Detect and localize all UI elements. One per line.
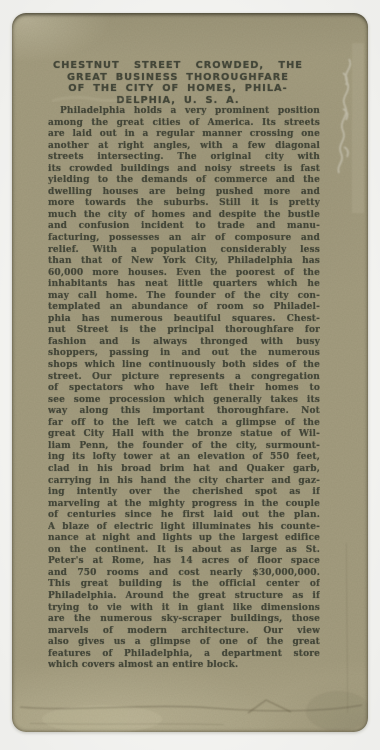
body-text-line: nut Street is the principal thoroughfare… <box>48 325 320 337</box>
body-text-line: of spectators who have left their homes … <box>48 383 320 395</box>
body-text-line: which covers almost an entire block. <box>48 660 320 672</box>
body-text-line: much the city of homes and despite the b… <box>48 210 320 222</box>
body-text-line: Peter's at Rome, has 14 acres of floor s… <box>48 556 320 568</box>
body-text-line: shops which line continuously both sides… <box>48 360 320 372</box>
body-text-line: are the numerous sky-scraper buildings, … <box>48 614 320 626</box>
body-text-line: fashion and is always thronged with busy <box>48 337 320 349</box>
scan-background: CHESTNUT STREET CROWDED, THEGREAT BUSINE… <box>0 0 380 750</box>
body-text-line: facturing, possesses an air of composure… <box>48 233 320 245</box>
body-text-line: ing intently over the cherished spot as … <box>48 487 320 499</box>
body-text-line: way along this important thoroughfare. N… <box>48 406 320 418</box>
body-text-line: marvels of modern architecture. Our view <box>48 626 320 638</box>
body-text-line: another at right angles, with a few diag… <box>48 141 320 153</box>
body-text-line: on the continent. It is about as large a… <box>48 545 320 557</box>
body-text-line: Philadelphia holds a very prominent posi… <box>48 106 320 118</box>
body-text-line: than that of New York City, Philadelphia… <box>48 256 320 268</box>
title-line: OF THE CITY OF HOMES, PHILA- <box>53 83 303 95</box>
body-text-line: carrying in his hand the city charter an… <box>48 476 320 488</box>
body-text-line: of centuries since he first laid out the… <box>48 510 320 522</box>
card-title: CHESTNUT STREET CROWDED, THEGREAT BUSINE… <box>53 60 303 106</box>
handwritten-annotation <box>338 59 350 173</box>
body-text-line: and confusion incident to trade and manu… <box>48 221 320 233</box>
body-text-line: ing its lofty tower at an elevation of 5… <box>48 452 320 464</box>
body-text-line: A blaze of electric light illuminates hi… <box>48 522 320 534</box>
crease-line <box>20 705 362 711</box>
body-text-line: and 750 rooms and cost nearly $30,000,00… <box>48 568 320 580</box>
body-text-line: nance at night and lights up the largest… <box>48 533 320 545</box>
body-text-line: trying to vie with it in giant like dime… <box>48 603 320 615</box>
body-text-line: among the great cities of America. Its s… <box>48 118 320 130</box>
body-text-line: also gives us a glimpse of one of the gr… <box>48 637 320 649</box>
body-text-line: shoppers, passing in and out the numerou… <box>48 348 320 360</box>
edge-wear-strip <box>352 43 364 213</box>
crease-line-faint <box>30 723 224 725</box>
body-text-line: phia has numerous beautiful squares. Che… <box>48 314 320 326</box>
edge-crease-vertical <box>346 543 348 713</box>
body-text-line: marveling at the mighty progress in the … <box>48 499 320 511</box>
body-text-line: clad in his broad brim hat and Quaker ga… <box>48 464 320 476</box>
body-text-line: yielding to the demands of commerce and … <box>48 175 320 187</box>
card-body-text: Philadelphia holds a very prominent posi… <box>48 106 320 672</box>
body-text-line: Philadelphia. Around the great structure… <box>48 591 320 603</box>
body-text-line: see some procession which generally take… <box>48 395 320 407</box>
wear-blotch-light <box>42 705 162 732</box>
title-line: CHESTNUT STREET CROWDED, THE <box>53 60 303 72</box>
body-text-line: features of Philadelphia, a department s… <box>48 649 320 661</box>
body-text-line: far off to the left we catch a glimpse o… <box>48 418 320 430</box>
body-text-line: This great building is the official cent… <box>48 579 320 591</box>
body-text-line: great City Hall with the bronze statue o… <box>48 429 320 441</box>
body-text-line: templated an abundance of room so Philad… <box>48 302 320 314</box>
title-line: DELPHIA, U. S. A. <box>53 95 303 107</box>
body-text-line: streets intersecting. The original city … <box>48 152 320 164</box>
body-text-line: dwelling houses are being pushed more an… <box>48 187 320 199</box>
body-text-line: are laid out in a regular manner crossin… <box>48 129 320 141</box>
crease-caret-mark <box>248 700 291 713</box>
stereoview-card-back: CHESTNUT STREET CROWDED, THEGREAT BUSINE… <box>12 13 368 732</box>
body-text-line: street. Our picture represents a congreg… <box>48 372 320 384</box>
body-text-line: liam Penn, the founder of the city, surm… <box>48 441 320 453</box>
body-text-line: 60,000 more houses. Even the poorest of … <box>48 268 320 280</box>
wear-blotch <box>306 691 368 731</box>
body-text-line: relief. With a population considerably l… <box>48 245 320 257</box>
body-text-line: may call home. The founder of the city c… <box>48 291 320 303</box>
body-text-line: its crowded buildings and noisy streets … <box>48 164 320 176</box>
body-text-line: inhabitants has neat little quarters whi… <box>48 279 320 291</box>
body-text-line: more towards the suburbs. Still it is pr… <box>48 198 320 210</box>
title-line: GREAT BUSINESS THOROUGHFARE <box>53 72 303 84</box>
